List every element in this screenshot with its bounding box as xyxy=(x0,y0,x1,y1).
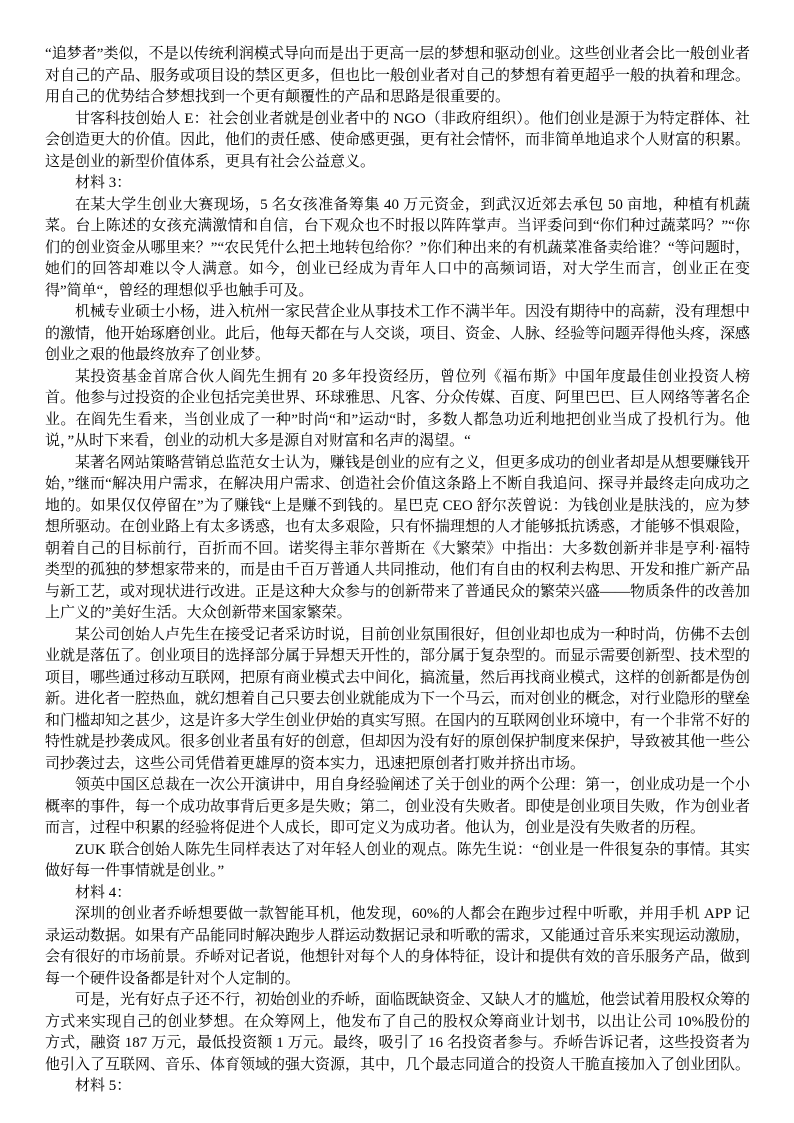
material-4-label: 材料 4： xyxy=(45,883,750,905)
paragraph-social-entrepreneur: 甘客科技创始人 E：社会创业者就是创业者中的 NGO（非政府组织）。他们创业是源… xyxy=(45,109,750,174)
document-page: “追梦者”类似，不是以传统利润模式导向而是出于更高一层的梦想和驱动创业。这些创业… xyxy=(0,0,794,1123)
paragraph-zuk-chen: ZUK 联合创始人陈先生同样表达了对年轻人创业的观点。陈先生说：“创业是一件很复… xyxy=(45,840,750,883)
material-5-label: 材料 5： xyxy=(45,1076,750,1098)
paragraph-investor-yan: 某投资基金首席合伙人阎先生拥有 20 多年投资经历，曾位列《福布斯》中国年度最佳… xyxy=(45,367,750,453)
paragraph-qiaoqiao-earphone: 深圳的创业者乔峤想要做一款智能耳机，他发现，60%的人都会在跑步过程中听歌，并用… xyxy=(45,904,750,990)
paragraph-linkedin-axioms: 领英中国区总裁在一次公开演讲中，用自身经验阐述了关于创业的两个公理：第一，创业成… xyxy=(45,775,750,840)
document-text-body: “追梦者”类似，不是以传统利润模式导向而是出于更高一层的梦想和驱动创业。这些创业… xyxy=(45,44,750,1098)
paragraph-lu-copycat: 某公司创始人卢先生在接受记者采访时说，目前创业氛围很好，但创业却也成为一种时尚，… xyxy=(45,625,750,776)
paragraph-xiaoyang: 机械专业硕士小杨，进入杭州一家民营企业从事技术工作不满半年。因没有期待中的高薪，… xyxy=(45,302,750,367)
paragraph-continuation-dreamers: “追梦者”类似，不是以传统利润模式导向而是出于更高一层的梦想和驱动创业。这些创业… xyxy=(45,44,750,109)
paragraph-college-contest: 在某大学生创业大赛现场，5 名女孩准备筹集 40 万元资金，到武汉近郊去承包 5… xyxy=(45,195,750,303)
material-3-label: 材料 3： xyxy=(45,173,750,195)
paragraph-crowdfunding: 可是，光有好点子还不行，初始创业的乔峤，面临既缺资金、又缺人才的尴尬，他尝试着用… xyxy=(45,990,750,1076)
paragraph-fan-schultz-phelps: 某著名网站策略营销总监范女士认为，赚钱是创业的应有之义，但更多成功的创业者却是从… xyxy=(45,453,750,625)
